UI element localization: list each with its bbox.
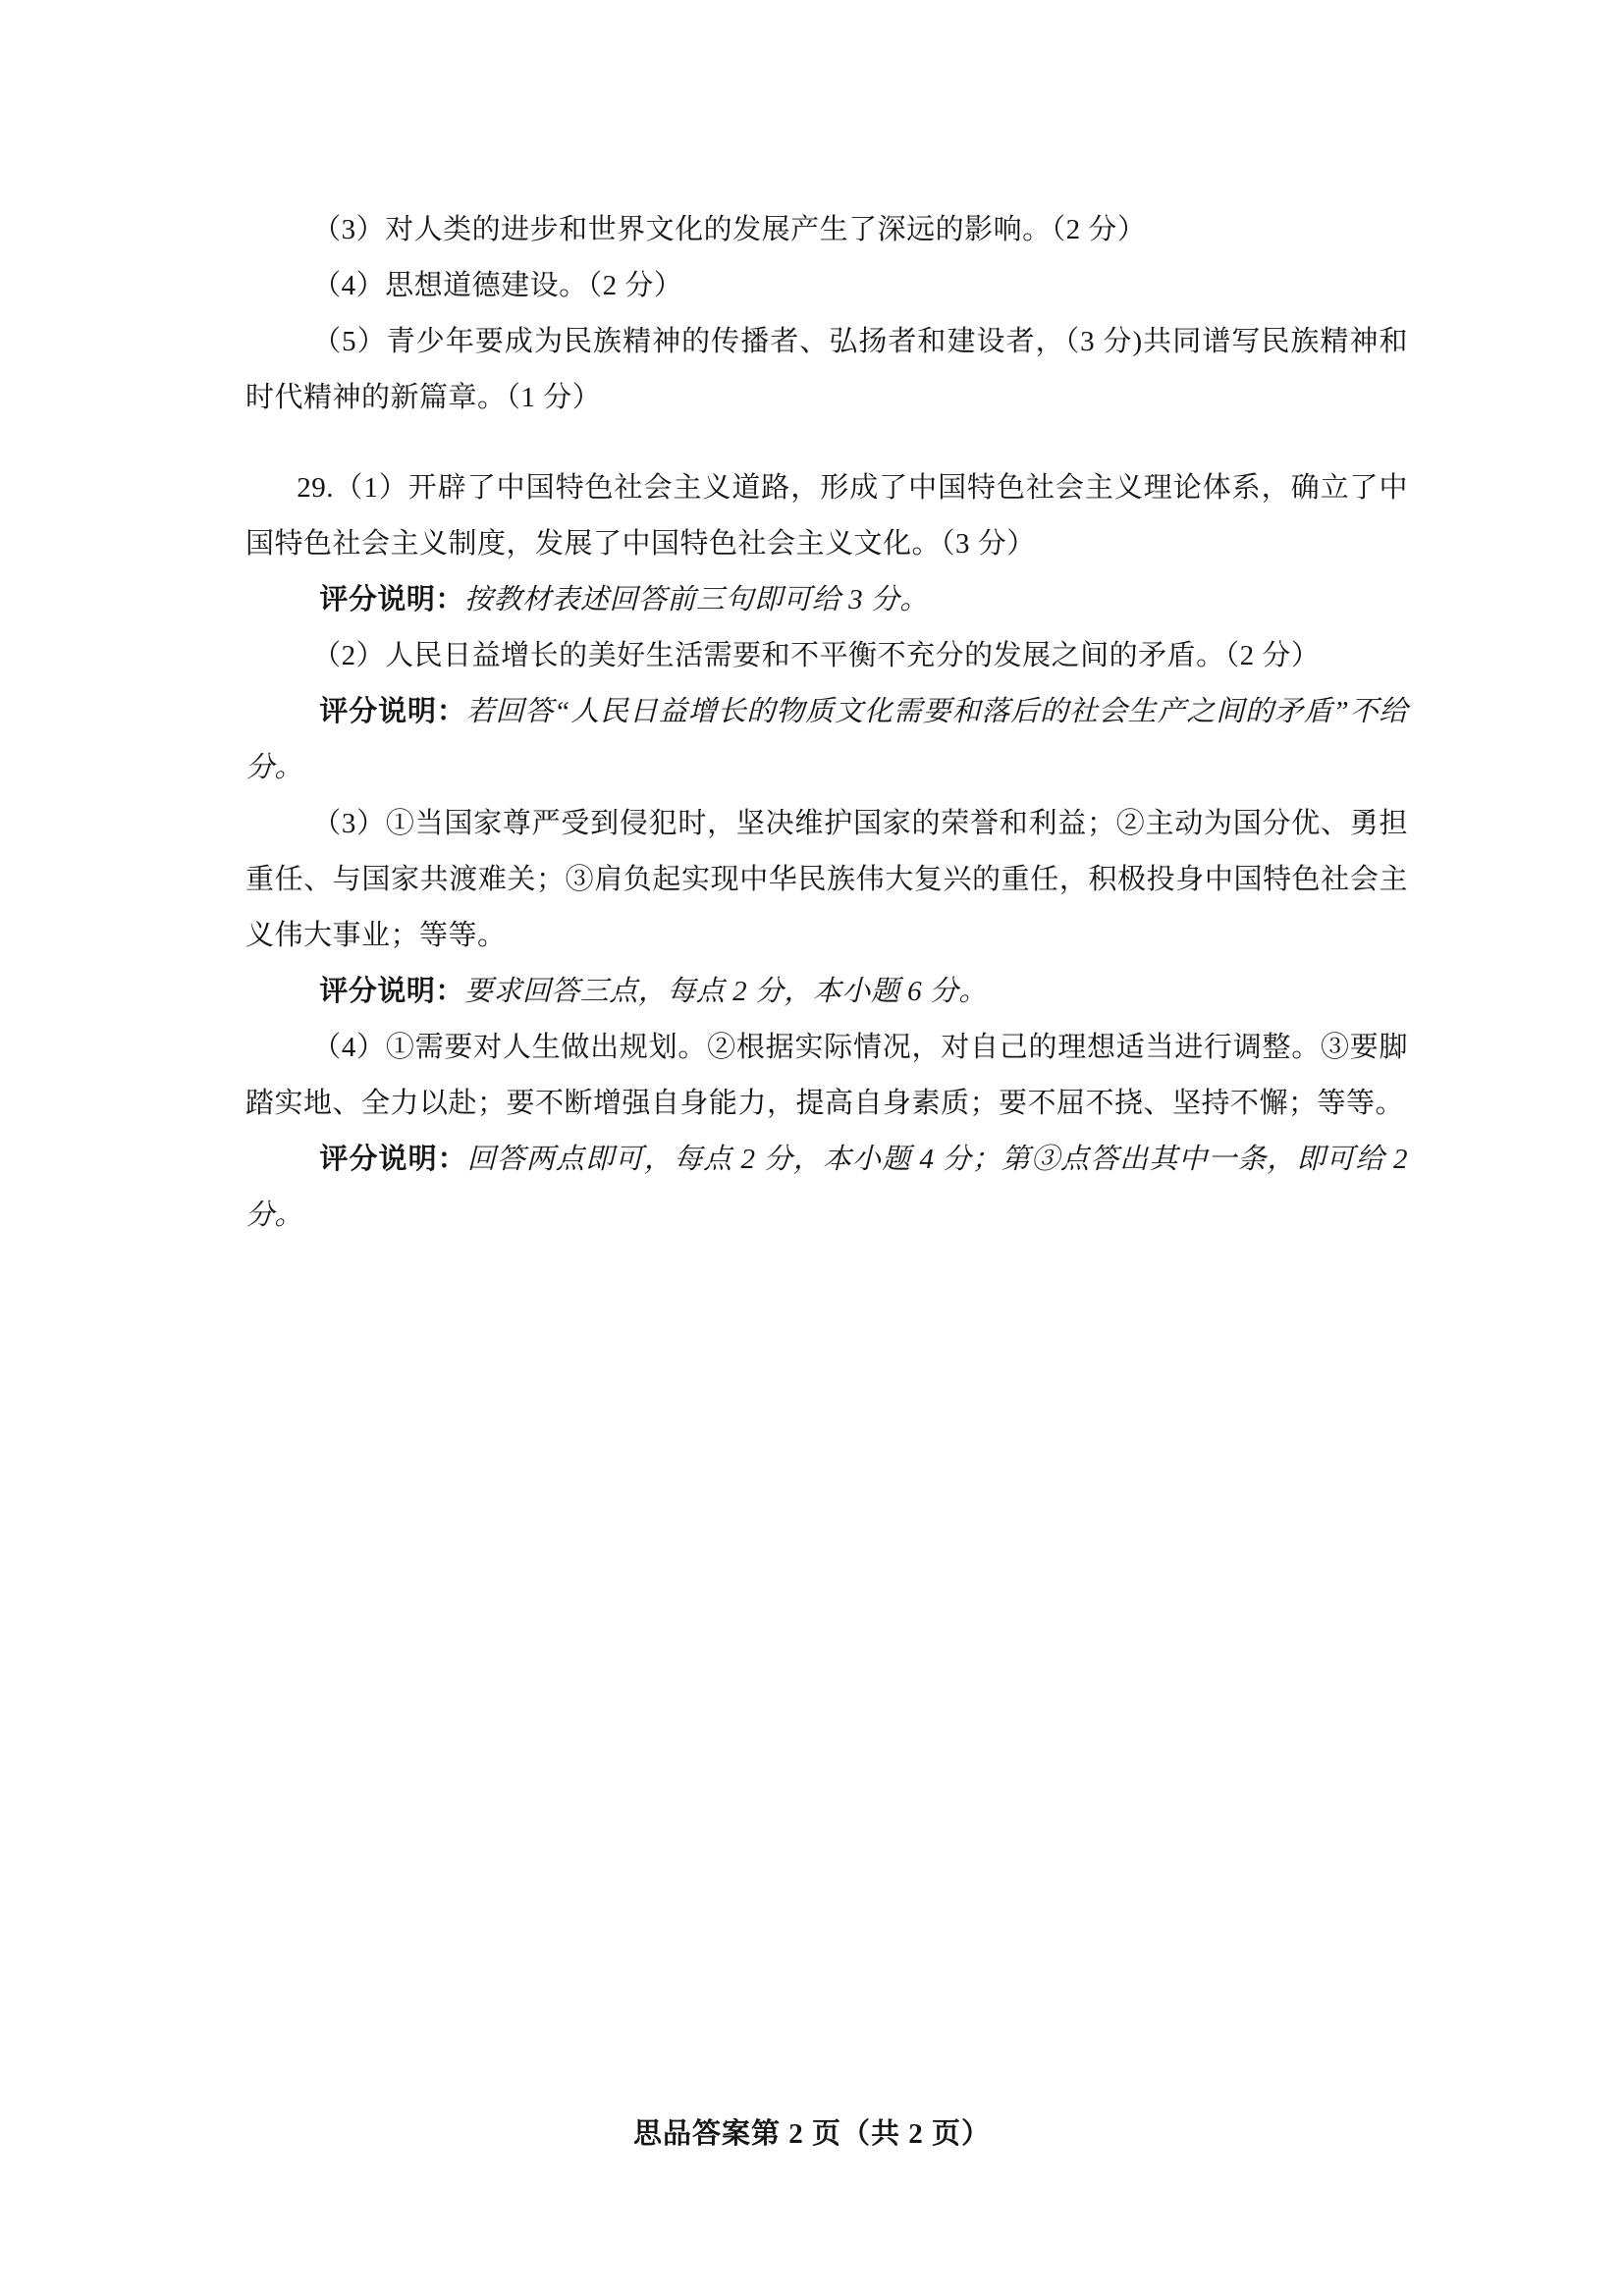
scoring-note-label: 评分说明： xyxy=(319,1144,466,1175)
scoring-note-label: 评分说明： xyxy=(319,696,465,727)
answer-28-5: （5）青少年要成为民族精神的传播者、弘扬者和建设者，（3 分)共同谱写民族精神和… xyxy=(245,314,1408,426)
answer-29-1: 29.（1）开辟了中国特色社会主义道路，形成了中国特色社会主义理论体系，确立了中… xyxy=(245,460,1408,572)
scoring-note-text: 按教材表述回答前三句即可给 3 分。 xyxy=(464,584,929,615)
answer-28-4: （4）思想道德建设。（2 分） xyxy=(245,258,1408,314)
scoring-note-label: 评分说明： xyxy=(319,584,464,615)
answer-sheet-page: （3）对人类的进步和世界文化的发展产生了深远的影响。（2 分） （4）思想道德建… xyxy=(0,0,1624,2296)
answer-29-2: （2）人民日益增长的美好生活需要和不平衡不充分的发展之间的矛盾。（2 分） xyxy=(245,628,1408,684)
page-footer: 思品答案第 2 页（共 2 页） xyxy=(0,2107,1624,2163)
answer-body: （3）对人类的进步和世界文化的发展产生了深远的影响。（2 分） （4）思想道德建… xyxy=(245,202,1408,1244)
scoring-note-29-3: 评分说明：要求回答三点，每点 2 分，本小题 6 分。 xyxy=(245,964,1408,1020)
answer-29-3: （3）①当国家尊严受到侵犯时，坚决维护国家的荣誉和利益；②主动为国分优、勇担重任… xyxy=(245,796,1408,964)
scoring-note-29-4: 评分说明：回答两点即可，每点 2 分，本小题 4 分；第③点答出其中一条，即可给… xyxy=(245,1132,1408,1244)
answer-29-4: （4）①需要对人生做出规划。②根据实际情况，对自己的理想适当进行调整。③要脚踏实… xyxy=(245,1020,1408,1132)
answer-28-3: （3）对人类的进步和世界文化的发展产生了深远的影响。（2 分） xyxy=(245,202,1408,258)
scoring-note-29-1: 评分说明：按教材表述回答前三句即可给 3 分。 xyxy=(245,572,1408,628)
scoring-note-text: 要求回答三点，每点 2 分，本小题 6 分。 xyxy=(464,976,988,1007)
scoring-note-label: 评分说明： xyxy=(319,976,464,1007)
scoring-note-29-2: 评分说明：若回答“人民日益增长的物质文化需要和落后的社会生产之间的矛盾”不给分。 xyxy=(245,684,1408,796)
